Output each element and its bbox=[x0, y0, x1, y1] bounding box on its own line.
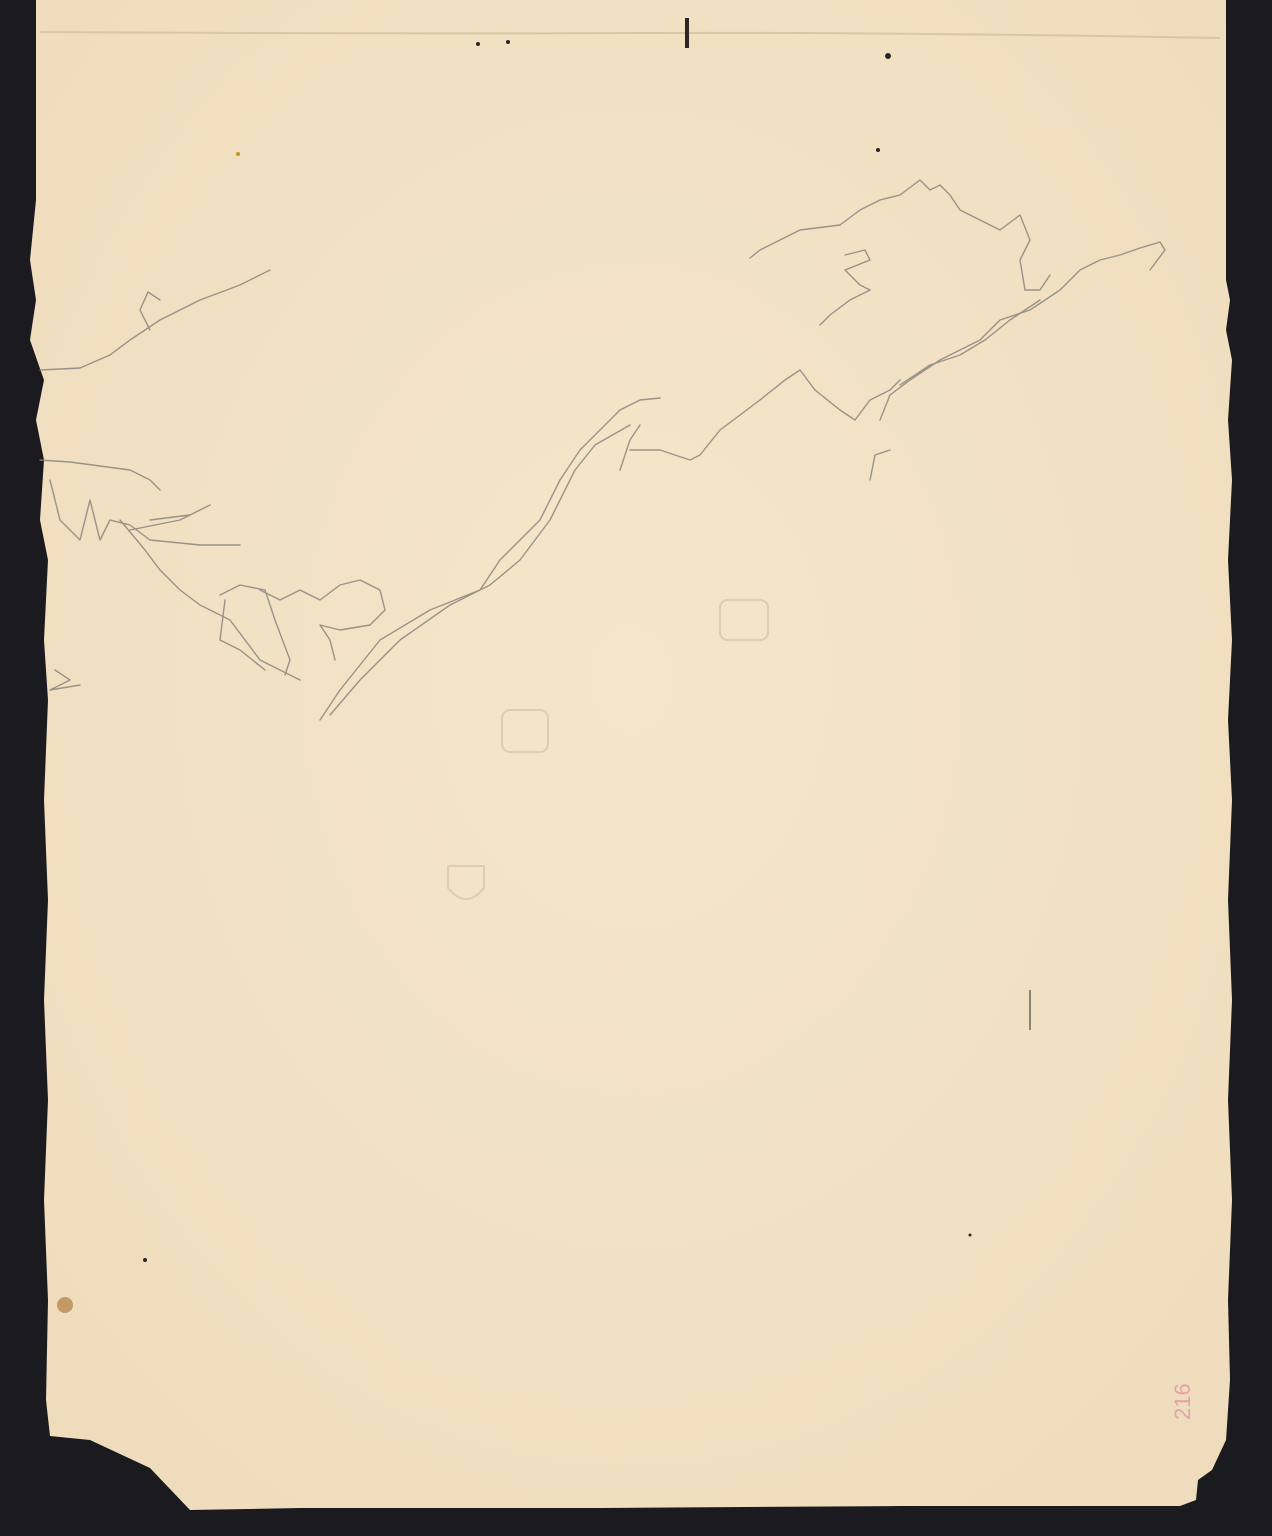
sketch-canvas: 216 bbox=[0, 0, 1272, 1536]
pink-inscription: 216 bbox=[1170, 1383, 1195, 1420]
artwork-scene: 216 Pencil sketch of a mountain ridge on… bbox=[0, 0, 1272, 1536]
paper-sheet bbox=[30, 0, 1232, 1510]
